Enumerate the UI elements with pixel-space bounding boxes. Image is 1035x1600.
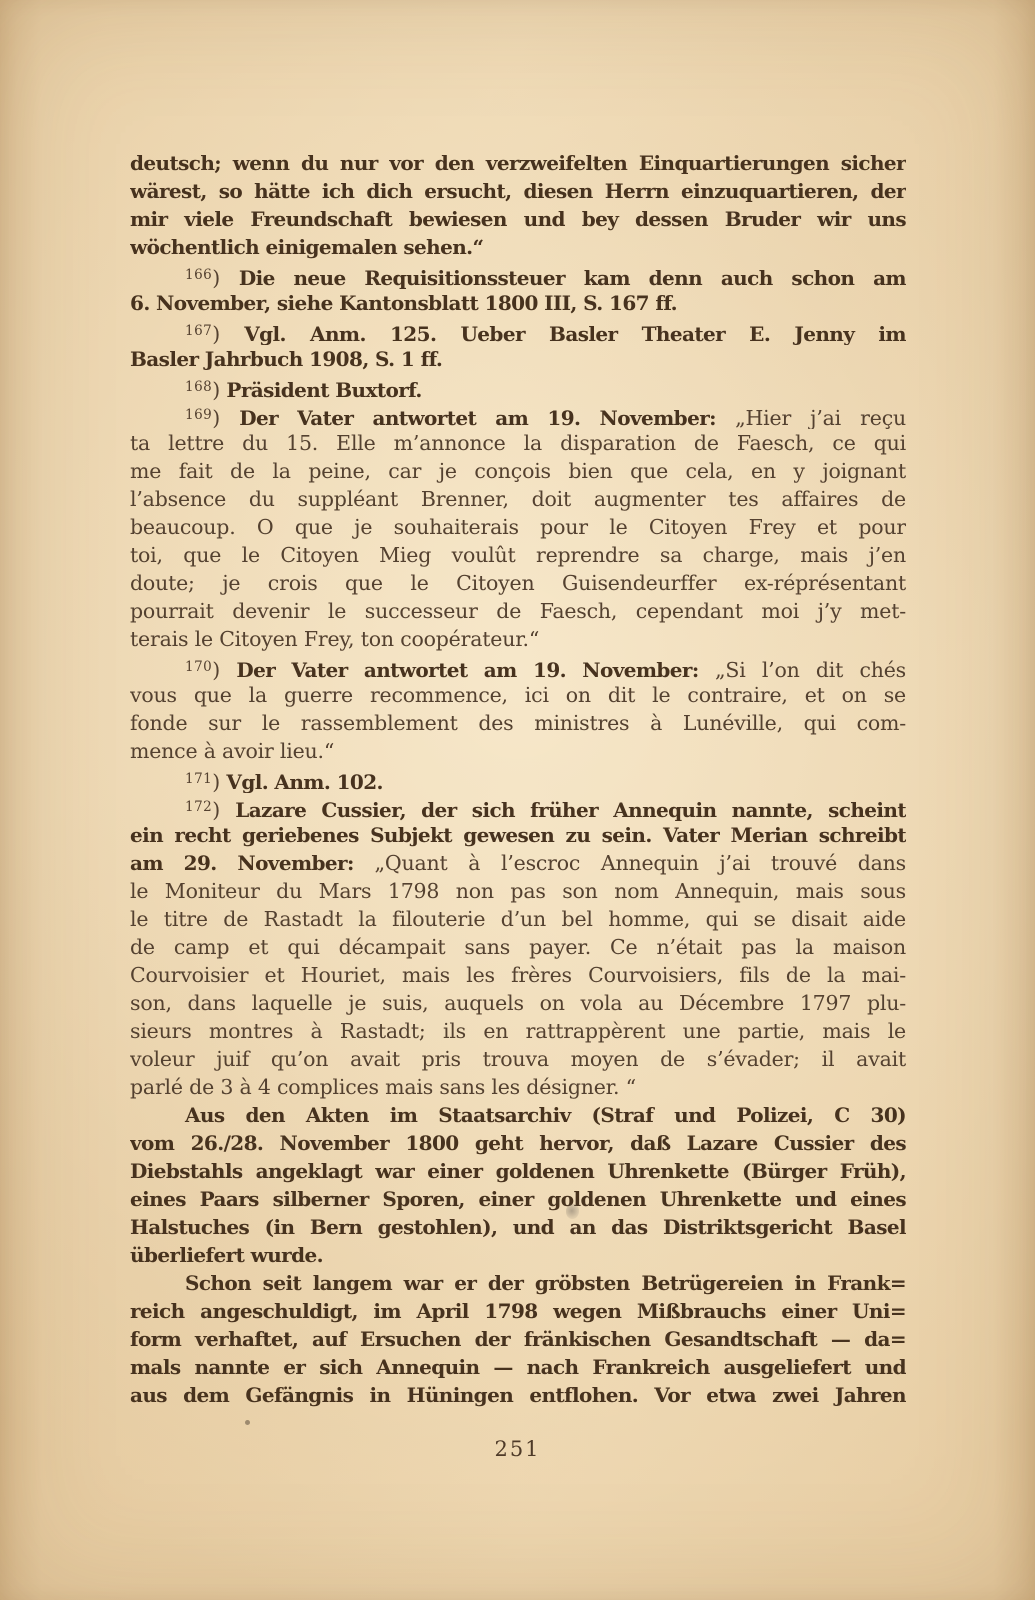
text-line: pourrait devenir le successeur de Faesch… <box>130 597 906 625</box>
text-line: fonde sur le rassemblement des ministres… <box>130 709 906 737</box>
german-fraktur-text: Diebstahls angeklagt war einer goldenen … <box>130 1159 906 1183</box>
french-antiqua-text: sieurs montres à Rastadt; ils en rattrap… <box>130 1019 906 1043</box>
book-page: deutsch; wenn du nur vor den verzweifelt… <box>0 0 1035 1600</box>
french-antiqua-text: l’absence du suppléant Brenner, doit aug… <box>130 487 906 511</box>
text-line: ein recht geriebenes Subjekt gewesen zu … <box>130 821 906 849</box>
text-line: voleur juif qu’on avait pris trouva moye… <box>130 1045 906 1073</box>
text-line: Halstuches (in Bern gestohlen), und an d… <box>130 1213 906 1241</box>
text-line: 166) Die neue Requisitionssteuer kam den… <box>130 261 906 289</box>
french-antiqua-text: fonde sur le rassemblement des ministres… <box>130 711 906 735</box>
french-antiqua-text: ) <box>212 406 239 429</box>
german-fraktur-text: Der Vater antwortet am 19. November: <box>239 406 735 429</box>
german-fraktur-text: Vgl. Anm. 102. <box>226 770 382 793</box>
text-line: mals nannte er sich Annequin — nach Fran… <box>130 1353 906 1381</box>
text-line: mence à avoir lieu.“ <box>130 737 906 765</box>
french-antiqua-text: de camp et qui décampait sans payer. Ce … <box>130 935 906 959</box>
text-line: 6. November, siehe Kantonsblatt 1800 III… <box>130 289 906 317</box>
french-antiqua-text: me fait de la peine, car je conçois bien… <box>130 459 906 483</box>
german-fraktur-text: aus dem Gefängnis in Hüningen entflohen.… <box>130 1383 906 1407</box>
text-line: terais le Citoyen Frey, ton coopérateur.… <box>130 625 906 653</box>
text-line: 171) Vgl. Anm. 102. <box>130 765 906 793</box>
text-line: Courvoisier et Houriet, mais les frères … <box>130 961 906 989</box>
text-line: sieurs montres à Rastadt; ils en rattrap… <box>130 1017 906 1045</box>
german-fraktur-text: überliefert wurde. <box>130 1243 323 1267</box>
french-antiqua-text: beaucoup. O que je souhaiterais pour le … <box>130 515 906 539</box>
text-line: 167) Vgl. Anm. 125. Ueber Basler Theater… <box>130 317 906 345</box>
footnote-number: 169 <box>185 407 212 423</box>
paragraph: Aus den Akten im Staatsarchiv (Straf und… <box>130 1101 906 1269</box>
paragraph: deutsch; wenn du nur vor den verzweifelt… <box>130 149 906 261</box>
french-antiqua-text: le Moniteur du Mars 1798 non pas son nom… <box>130 879 906 903</box>
footnote-number: 168 <box>185 379 212 395</box>
text-line: aus dem Gefängnis in Hüningen entflohen.… <box>130 1381 906 1409</box>
paragraph: Schon seit langem war er der gröbsten Be… <box>130 1269 906 1409</box>
french-antiqua-text: vous que la guerre recommence, ici on di… <box>130 683 906 707</box>
french-antiqua-text: „Quant à l’escroc Annequin j’ai trouvé d… <box>374 851 906 875</box>
german-fraktur-text: Die neue Requisitionssteuer kam denn auc… <box>239 266 906 289</box>
text-line: vous que la guerre recommence, ici on di… <box>130 681 906 709</box>
french-antiqua-text: son, dans laquelle je suis, auquels on v… <box>130 991 906 1015</box>
german-fraktur-text: Vgl. Anm. 125. Ueber Basler Theater E. J… <box>244 322 906 345</box>
text-line: wöchentlich einigemalen sehen.“ <box>130 233 906 261</box>
footnote-number: 171 <box>185 771 212 787</box>
text-line: reich angeschuldigt, im April 1798 wegen… <box>130 1297 906 1325</box>
german-fraktur-text: wöchentlich einigemalen sehen.“ <box>130 235 483 259</box>
german-fraktur-text: am 29. November: <box>130 851 374 875</box>
french-antiqua-text: ) <box>212 322 244 345</box>
german-fraktur-text: Basler Jahrbuch 1908, S. 1 ff. <box>130 347 442 371</box>
footnote-number: 167 <box>185 323 212 339</box>
text-line: Basler Jahrbuch 1908, S. 1 ff. <box>130 345 906 373</box>
text-line: parlé de 3 à 4 complices mais sans les d… <box>130 1073 906 1101</box>
text-line: Aus den Akten im Staatsarchiv (Straf und… <box>130 1101 906 1129</box>
french-antiqua-text: voleur juif qu’on avait pris trouva moye… <box>130 1047 906 1071</box>
text-line: deutsch; wenn du nur vor den verzweifelt… <box>130 149 906 177</box>
german-fraktur-text: Schon seit langem war er der gröbsten Be… <box>185 1271 906 1295</box>
text-line: beaucoup. O que je souhaiterais pour le … <box>130 513 906 541</box>
text-line: toi, que le Citoyen Mieg voulût reprendr… <box>130 541 906 569</box>
french-antiqua-text: ) <box>212 658 236 681</box>
footnote-number: 166 <box>185 267 212 283</box>
german-fraktur-text: 6. November, siehe Kantonsblatt 1800 III… <box>130 291 677 315</box>
german-fraktur-text: Präsident Buxtorf. <box>226 378 421 401</box>
french-antiqua-text: ) <box>212 378 226 401</box>
french-antiqua-text: le titre de Rastadt la filouterie d’un b… <box>130 907 906 931</box>
french-antiqua-text: „Si l’on dit chés <box>715 658 906 681</box>
german-fraktur-text: wärest, so hätte ich dich ersucht, diese… <box>130 179 906 203</box>
paragraph: 170) Der Vater antwortet am 19. November… <box>130 653 906 765</box>
german-fraktur-text: form verhaftet, auf Ersuchen der fränkis… <box>130 1327 906 1351</box>
text-line: le titre de Rastadt la filouterie d’un b… <box>130 905 906 933</box>
text-line: am 29. November: „Quant à l’escroc Anneq… <box>130 849 906 877</box>
text-line: 170) Der Vater antwortet am 19. November… <box>130 653 906 681</box>
french-antiqua-text: doute; je crois que le Citoyen Guisendeu… <box>130 571 906 595</box>
paragraph: 166) Die neue Requisitionssteuer kam den… <box>130 261 906 317</box>
ink-speck <box>245 1420 250 1425</box>
french-antiqua-text: ) <box>212 770 226 793</box>
german-fraktur-text: eines Paars silberner Sporen, einer gold… <box>130 1187 906 1211</box>
footnote-number: 170 <box>185 659 212 675</box>
text-line: l’absence du suppléant Brenner, doit aug… <box>130 485 906 513</box>
german-fraktur-text: Aus den Akten im Staatsarchiv (Straf und… <box>185 1103 906 1127</box>
text-line: Schon seit langem war er der gröbsten Be… <box>130 1269 906 1297</box>
french-antiqua-text: „Hier j’ai reçu <box>735 406 906 429</box>
text-line: doute; je crois que le Citoyen Guisendeu… <box>130 569 906 597</box>
text-line: eines Paars silberner Sporen, einer gold… <box>130 1185 906 1213</box>
paragraph: 171) Vgl. Anm. 102. <box>130 765 906 793</box>
text-line: 168) Präsident Buxtorf. <box>130 373 906 401</box>
paragraph: 172) Lazare Cussier, der sich früher Ann… <box>130 793 906 1101</box>
page-number: 251 <box>0 1437 1035 1461</box>
text-line: ta lettre du 15. Elle m’annonce la dispa… <box>130 429 906 457</box>
text-line: überliefert wurde. <box>130 1241 906 1269</box>
german-fraktur-text: mals nannte er sich Annequin — nach Fran… <box>130 1355 906 1379</box>
text-column: deutsch; wenn du nur vor den verzweifelt… <box>130 149 906 1409</box>
text-line: 169) Der Vater antwortet am 19. November… <box>130 401 906 429</box>
french-antiqua-text: pourrait devenir le successeur de Faesch… <box>130 599 906 623</box>
paragraph: 168) Präsident Buxtorf. <box>130 373 906 401</box>
german-fraktur-text: vom 26./28. November 1800 geht hervor, d… <box>130 1131 906 1155</box>
french-antiqua-text: ta lettre du 15. Elle m’annonce la dispa… <box>130 431 906 455</box>
french-antiqua-text: parlé de 3 à 4 complices mais sans les d… <box>130 1075 636 1099</box>
french-antiqua-text: ) <box>212 798 235 821</box>
paragraph: 167) Vgl. Anm. 125. Ueber Basler Theater… <box>130 317 906 373</box>
text-line: me fait de la peine, car je conçois bien… <box>130 457 906 485</box>
german-fraktur-text: deutsch; wenn du nur vor den verzweifelt… <box>130 151 906 175</box>
french-antiqua-text: ) <box>212 266 239 289</box>
german-fraktur-text: mir viele Freundschaft bewiesen und bey … <box>130 207 906 231</box>
french-antiqua-text: terais le Citoyen Frey, ton coopérateur.… <box>130 627 539 651</box>
text-line: Diebstahls angeklagt war einer goldenen … <box>130 1157 906 1185</box>
text-line: de camp et qui décampait sans payer. Ce … <box>130 933 906 961</box>
french-antiqua-text: Courvoisier et Houriet, mais les frères … <box>130 963 906 987</box>
footnote-number: 172 <box>185 799 212 815</box>
text-line: 172) Lazare Cussier, der sich früher Ann… <box>130 793 906 821</box>
text-line: le Moniteur du Mars 1798 non pas son nom… <box>130 877 906 905</box>
french-antiqua-text: toi, que le Citoyen Mieg voulût reprendr… <box>130 543 906 567</box>
french-antiqua-text: mence à avoir lieu.“ <box>130 739 334 763</box>
german-fraktur-text: Halstuches (in Bern gestohlen), und an d… <box>130 1215 906 1239</box>
german-fraktur-text: reich angeschuldigt, im April 1798 wegen… <box>130 1299 906 1323</box>
german-fraktur-text: Lazare Cussier, der sich früher Annequin… <box>235 798 906 821</box>
german-fraktur-text: ein recht geriebenes Subjekt gewesen zu … <box>130 823 906 847</box>
text-line: mir viele Freundschaft bewiesen und bey … <box>130 205 906 233</box>
german-fraktur-text: Der Vater antwortet am 19. November: <box>236 658 715 681</box>
text-line: wärest, so hätte ich dich ersucht, diese… <box>130 177 906 205</box>
text-line: vom 26./28. November 1800 geht hervor, d… <box>130 1129 906 1157</box>
paragraph: 169) Der Vater antwortet am 19. November… <box>130 401 906 653</box>
text-line: form verhaftet, auf Ersuchen der fränkis… <box>130 1325 906 1353</box>
text-line: son, dans laquelle je suis, auquels on v… <box>130 989 906 1017</box>
